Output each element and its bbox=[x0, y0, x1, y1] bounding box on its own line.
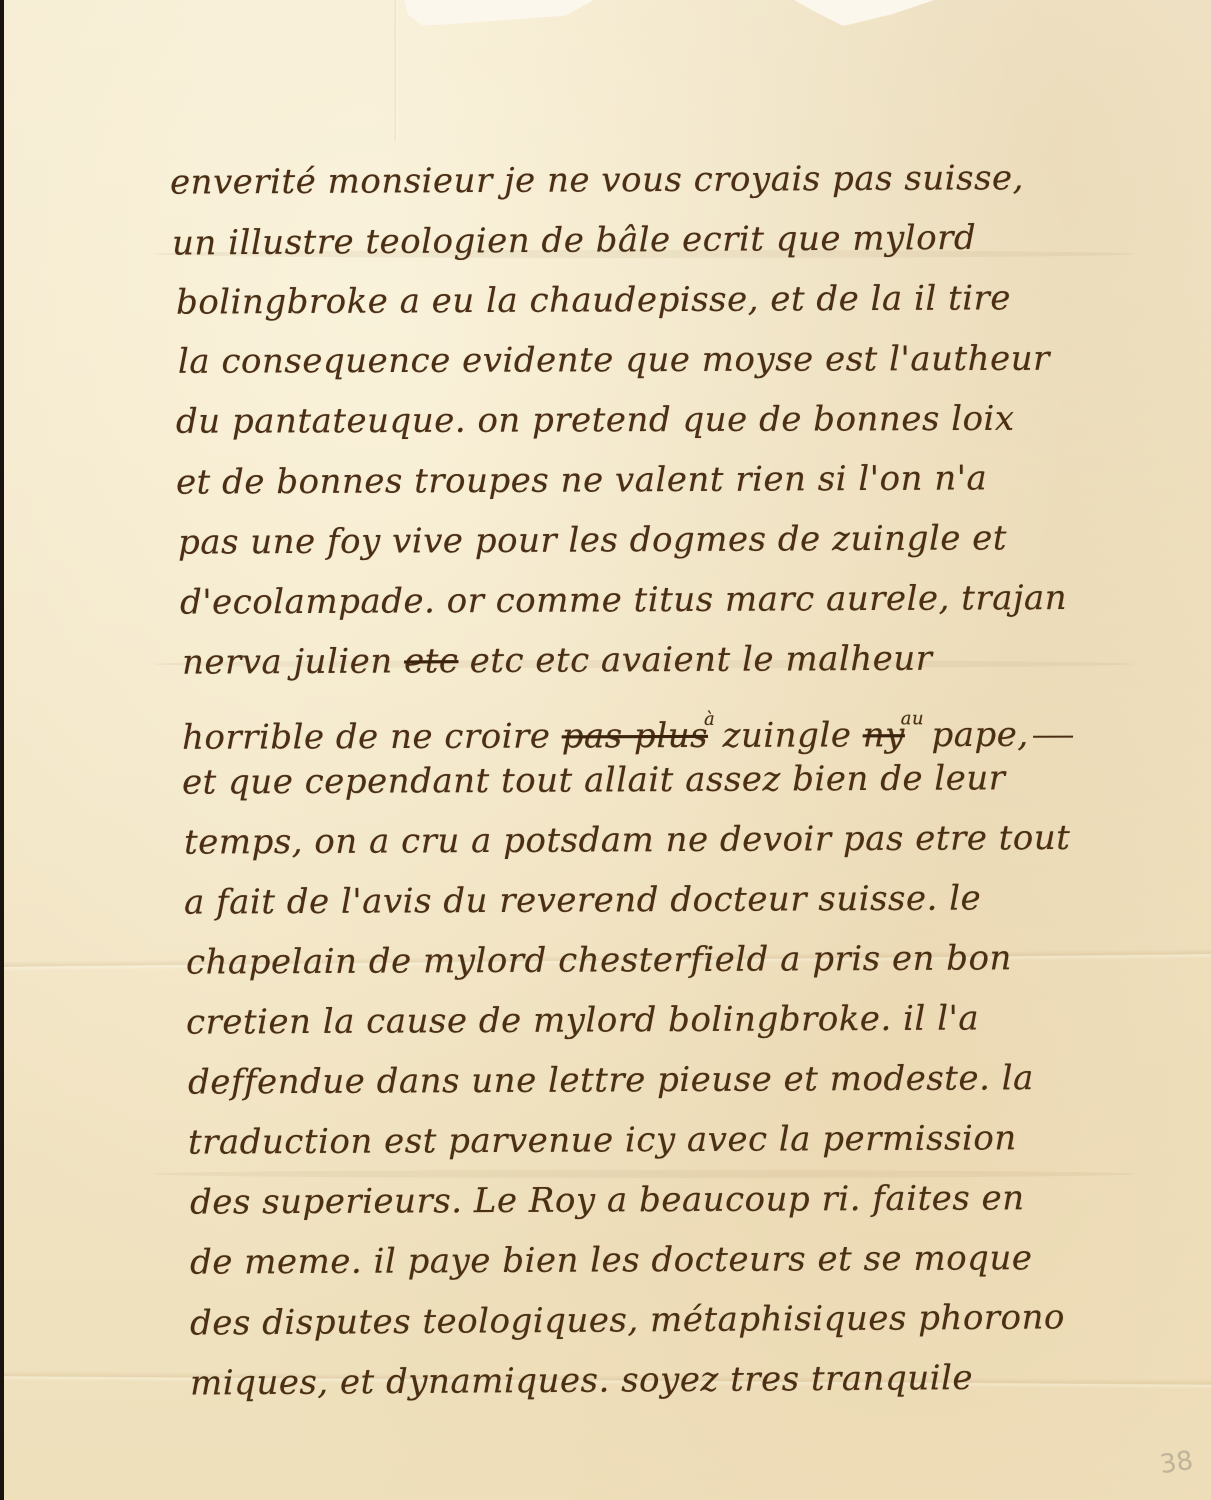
struck-out-word: ny bbox=[863, 715, 905, 755]
line-text: d'ecolampade. or comme titus marc aurele… bbox=[180, 578, 1067, 623]
manuscript-line: bolingbroke a eu la chaudepisse, et de l… bbox=[176, 269, 1176, 330]
manuscript-line: traduction est parvenue icy avec la perm… bbox=[188, 1109, 1188, 1170]
line-text: zuingle bbox=[722, 715, 851, 755]
manuscript-line: deffendue dans une lettre pieuse et mode… bbox=[188, 1049, 1188, 1110]
line-text: pas une foy vive pour les dogmes de zuin… bbox=[178, 518, 1007, 562]
line-text: a fait de l'avis du reverend docteur sui… bbox=[184, 878, 981, 922]
line-text: un illustre teologien de bâle ecrit que … bbox=[172, 218, 976, 264]
line-text: horrible de ne croire bbox=[182, 716, 550, 757]
torn-paper-edge bbox=[794, 0, 934, 26]
manuscript-line: nerva julien etc etc etc avaient le malh… bbox=[182, 629, 1182, 690]
manuscript-line: chapelain de mylord chesterfield a pris … bbox=[186, 929, 1186, 990]
manuscript-line: horrible de ne croire pas plusà zuingle … bbox=[182, 690, 1182, 749]
manuscript-line: et que cependant tout allait assez bien … bbox=[182, 749, 1182, 810]
line-text: deffendue dans une lettre pieuse et mode… bbox=[188, 1058, 1034, 1102]
torn-paper-edge bbox=[404, 0, 594, 26]
line-text: traduction est parvenue icy avec la perm… bbox=[188, 1118, 1017, 1162]
manuscript-line: la consequence evidente que moyse est l'… bbox=[178, 330, 1178, 389]
manuscript-line: des disputes teologiques, métaphisiques … bbox=[190, 1289, 1190, 1352]
line-text: la consequence evidente que moyse est l'… bbox=[178, 339, 1050, 382]
line-text: cretien la cause de mylord bolingbroke. … bbox=[186, 998, 979, 1042]
line-text: bolingbroke a eu la chaudepisse, et de l… bbox=[176, 278, 1011, 322]
manuscript-line: enverité monsieur je ne vous croyais pas… bbox=[170, 149, 1170, 210]
interlinear-insertion: à bbox=[704, 709, 715, 730]
manuscript-page: enverité monsieur je ne vous croyais pas… bbox=[4, 0, 1211, 1500]
pencil-folio-number: 38 bbox=[1158, 1446, 1195, 1480]
line-text: chapelain de mylord chesterfield a pris … bbox=[186, 938, 1012, 982]
manuscript-line: temps, on a cru a potsdam ne devoir pas … bbox=[184, 809, 1184, 870]
line-text: pape, bbox=[931, 715, 1028, 755]
line-text: nerva julien bbox=[182, 642, 393, 683]
manuscript-line: d'ecolampade. or comme titus marc aurele… bbox=[180, 569, 1180, 630]
interlinear-insertion: au bbox=[901, 708, 924, 729]
manuscript-line: des superieurs. Le Roy a beaucoup ri. fa… bbox=[190, 1169, 1190, 1230]
struck-out-word: etc bbox=[404, 641, 459, 681]
manuscript-line: cretien la cause de mylord bolingbroke. … bbox=[186, 989, 1186, 1050]
line-text: etc etc avaient le malheur bbox=[470, 639, 933, 681]
letter-body: enverité monsieur je ne vous croyais pas… bbox=[182, 152, 1182, 1328]
paper-crease bbox=[394, 0, 398, 140]
manuscript-line: a fait de l'avis du reverend docteur sui… bbox=[184, 869, 1184, 930]
manuscript-line: miques, et dynamiques. soyez tres tranqu… bbox=[190, 1349, 1190, 1412]
line-text: du pantateuque. on pretend que de bonnes… bbox=[176, 399, 1015, 442]
manuscript-line: un illustre teologien de bâle ecrit que … bbox=[172, 209, 1172, 272]
line-filler-stroke bbox=[1033, 736, 1073, 738]
line-text: et que cependant tout allait assez bien … bbox=[182, 758, 1006, 802]
line-text: des superieurs. Le Roy a beaucoup ri. fa… bbox=[190, 1178, 1025, 1222]
line-text: miques, et dynamiques. soyez tres tranqu… bbox=[190, 1358, 973, 1403]
line-text: de meme. il paye bien les docteurs et se… bbox=[190, 1238, 1033, 1282]
manuscript-line: et de bonnes troupes ne valent rien si l… bbox=[176, 449, 1176, 510]
manuscript-line: du pantateuque. on pretend que de bonnes… bbox=[176, 390, 1176, 449]
line-text: et de bonnes troupes ne valent rien si l… bbox=[176, 458, 987, 502]
line-text: temps, on a cru a potsdam ne devoir pas … bbox=[184, 818, 1071, 863]
struck-out-word: pas plus bbox=[562, 716, 708, 757]
manuscript-line: pas une foy vive pour les dogmes de zuin… bbox=[178, 509, 1178, 570]
line-text: enverité monsieur je ne vous croyais pas… bbox=[170, 158, 1024, 202]
manuscript-line: de meme. il paye bien les docteurs et se… bbox=[190, 1229, 1190, 1290]
line-text: des disputes teologiques, métaphisiques … bbox=[190, 1297, 1065, 1343]
